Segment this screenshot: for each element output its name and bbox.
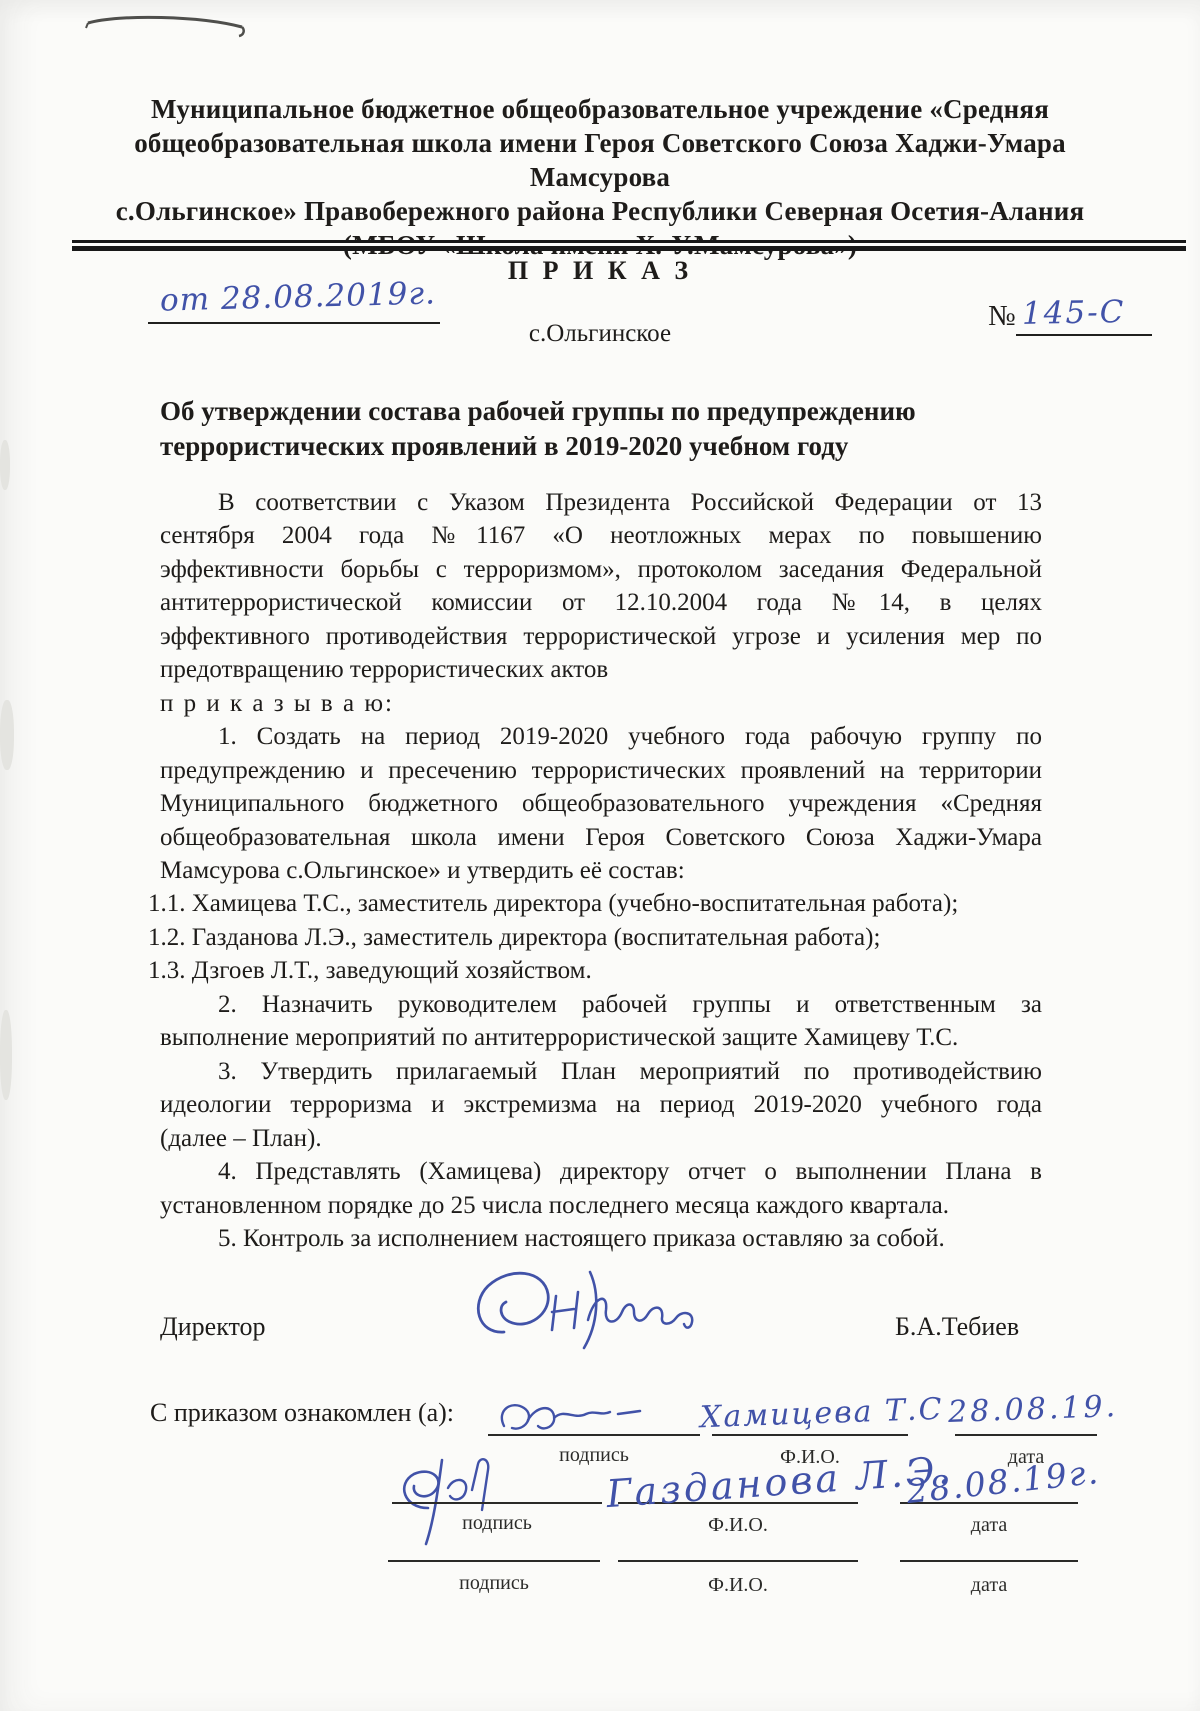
name-column-label: Ф.И.О. <box>618 1514 858 1537</box>
handwritten-name-1: Хамицева Т.С <box>699 1392 944 1435</box>
text-line: выполнение мероприятий по антитеррористи… <box>160 1021 1042 1054</box>
text-line: Мамсурова с.Ольгинское» и утвердить её с… <box>160 854 1042 887</box>
letterhead-divider-rule <box>72 240 1186 251</box>
text-line: антитеррористической комиссии от 12.10.2… <box>160 586 1042 619</box>
letterhead: Муниципальное бюджетное общеобразователь… <box>95 92 1105 262</box>
acknowledgment-signature-ink-2 <box>386 1446 521 1554</box>
text-line: сентября 2004 года №1167 «О неотложных м… <box>160 519 1042 552</box>
text-line: общеобразовательная школа имени Героя Со… <box>160 821 1042 854</box>
date-line <box>955 1434 1097 1436</box>
director-name: Б.А.Тебиев <box>895 1312 1019 1342</box>
date-column-label: дата <box>900 1514 1078 1537</box>
signature-line <box>488 1434 700 1436</box>
scanned-order-document: Муниципальное бюджетное общеобразователь… <box>0 0 1200 1711</box>
text-line: 5. Контроль за исполнением настоящего пр… <box>160 1222 1042 1255</box>
name-line <box>618 1560 858 1562</box>
letterhead-line: Муниципальное бюджетное общеобразователь… <box>95 92 1105 126</box>
scan-artifact-smudge <box>0 700 14 770</box>
date-line <box>900 1560 1078 1562</box>
scan-artifact-smudge <box>0 1010 12 1100</box>
date-column-label: дата <box>900 1574 1078 1597</box>
subject-line: террористических проявлений в 2019-2020 … <box>160 429 1060 464</box>
signature-line <box>388 1560 600 1562</box>
subject-line: Об утверждении состава рабочей группы по… <box>160 394 1060 429</box>
decree-word: п р и к а з ы в а ю: <box>160 687 1042 720</box>
order-subject: Об утверждении состава рабочей группы по… <box>160 394 1060 464</box>
director-signature-ink <box>458 1262 718 1367</box>
order-place: с.Ольгинское <box>0 320 1200 348</box>
letterhead-line: общеобразовательная школа имени Героя Со… <box>95 126 1105 194</box>
signature-line <box>392 1502 602 1504</box>
acknowledgment-signature-ink-1 <box>494 1396 669 1438</box>
signature-column-label: подпись <box>392 1512 602 1535</box>
text-line: идеологии терроризма и экстремизма на пе… <box>160 1088 1042 1121</box>
signer-role: Директор <box>160 1312 266 1342</box>
scan-artifact-curve <box>80 8 260 44</box>
text-line: предотвращению террористических актов <box>160 653 1042 686</box>
acknowledgment-label: С приказом ознакомлен (а): <box>150 1398 454 1428</box>
subitem-line: 1.1. Хамицева Т.С., заместитель директор… <box>148 887 1042 920</box>
text-line: (далее – План). <box>160 1122 1042 1155</box>
signature-column-label: подпись <box>388 1572 600 1595</box>
subitem-line: 1.2. Газданова Л.Э., заместитель директо… <box>148 921 1042 954</box>
handwritten-order-date: от 28.08.2019г. <box>160 275 437 318</box>
subitem-line: 1.3. Дзгоев Л.Т., заведующий хозяйством. <box>148 954 1042 987</box>
name-column-label: Ф.И.О. <box>618 1574 858 1597</box>
letterhead-line: с.Ольгинское» Правобережного района Респ… <box>95 194 1105 228</box>
order-body: В соответствии с Указом Президента Росси… <box>160 486 1042 1255</box>
text-line: предупреждению и пресечению террористиче… <box>160 754 1042 787</box>
text-line: 2. Назначить руководителем рабочей групп… <box>160 988 1042 1021</box>
text-line: В соответствии с Указом Президента Росси… <box>160 486 1042 519</box>
text-line: 4. Представлять (Хамицева) директору отч… <box>160 1155 1042 1188</box>
text-line: 3. Утвердить прилагаемый План мероприяти… <box>160 1055 1042 1088</box>
handwritten-date-1: 28.08.19. <box>947 1389 1118 1430</box>
text-line: Муниципального бюджетного общеобразовате… <box>160 787 1042 820</box>
name-line <box>712 1434 908 1436</box>
text-line: установленном порядке до 25 числа послед… <box>160 1189 1042 1222</box>
scan-artifact-smudge <box>0 440 10 490</box>
text-line: эффективности борьбы с терроризмом», про… <box>160 553 1042 586</box>
text-line: эффективного противодействия террористич… <box>160 620 1042 653</box>
text-line: 1. Создать на период 2019-2020 учебного … <box>160 720 1042 753</box>
